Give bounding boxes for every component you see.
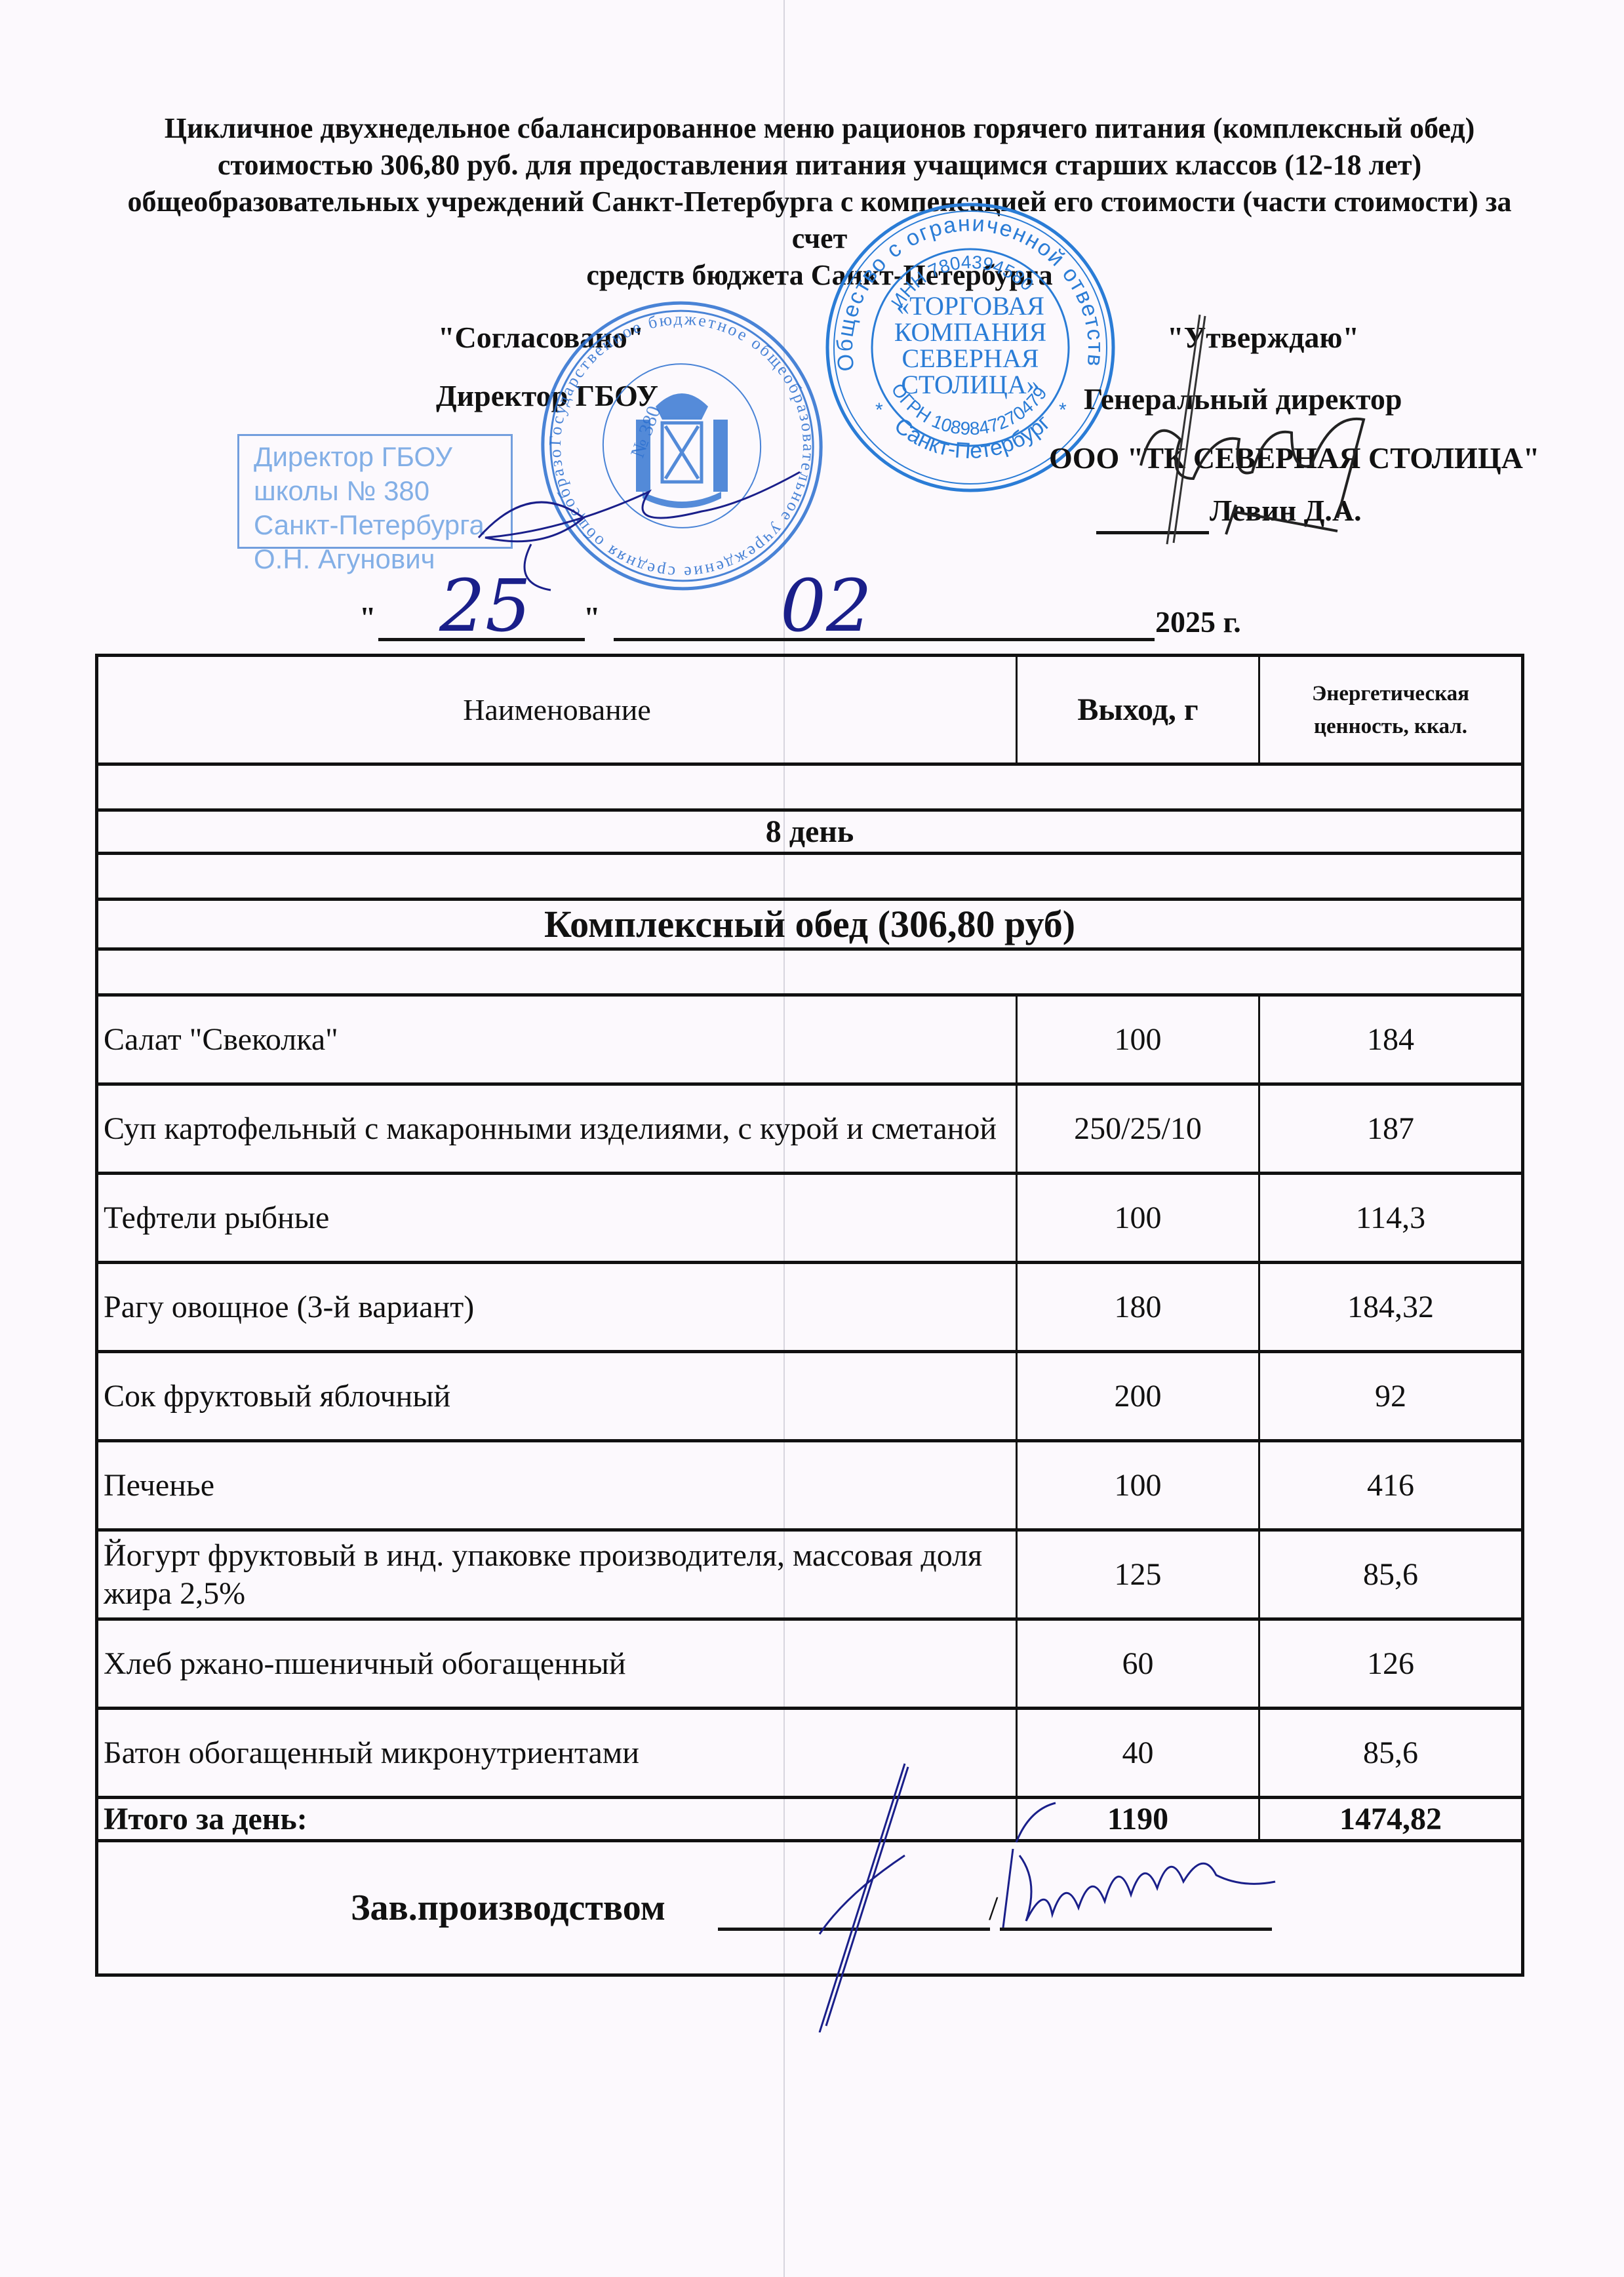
production-manager-signature xyxy=(754,1757,1344,2032)
table-row: Йогурт фруктовый в инд. упаковке произво… xyxy=(98,1532,1521,1621)
item-name: Йогурт фруктовый в инд. упаковке произво… xyxy=(98,1532,1018,1617)
item-energy: 187 xyxy=(1260,1086,1521,1172)
item-yield: 125 xyxy=(1018,1532,1260,1617)
menu-table: Наименование Выход, г Энергетическая цен… xyxy=(95,654,1524,1977)
item-name: Рагу овощное (3-й вариант) xyxy=(98,1264,1018,1350)
meal-row: Комплексный обед (306,80 руб) xyxy=(98,901,1521,951)
production-manager-label: Зав.производством xyxy=(351,1887,665,1929)
item-energy: 416 xyxy=(1260,1442,1521,1528)
table-header-row: Наименование Выход, г Энергетическая цен… xyxy=(98,657,1521,766)
item-yield: 100 xyxy=(1018,1175,1260,1261)
header-name: Наименование xyxy=(98,657,1018,762)
table-row: Хлеб ржано-пшеничный обогащенный60126 xyxy=(98,1621,1521,1710)
date-year: 2025 г. xyxy=(1155,604,1241,639)
item-yield: 200 xyxy=(1018,1353,1260,1439)
date-month-handwritten: 02 xyxy=(780,564,872,648)
title-line-4: средств бюджета Санкт-Петербурга xyxy=(98,257,1541,294)
item-name: Салат "Свеколка" xyxy=(98,997,1018,1082)
item-yield: 250/25/10 xyxy=(1018,1086,1260,1172)
table-row: Тефтели рыбные100114,3 xyxy=(98,1175,1521,1264)
star-icon: * xyxy=(875,399,883,421)
item-yield: 100 xyxy=(1018,997,1260,1082)
item-energy: 184 xyxy=(1260,997,1521,1082)
empty-row xyxy=(98,855,1521,901)
date-quote-open: " xyxy=(359,600,376,635)
company-stamp-line-4: СТОЛИЦА» xyxy=(901,370,1039,399)
director-signature xyxy=(1128,308,1469,551)
empty-row xyxy=(98,766,1521,812)
table-row: Печенье100416 xyxy=(98,1442,1521,1532)
table-row: Рагу овощное (3-й вариант)180184,32 xyxy=(98,1264,1521,1353)
item-yield: 60 xyxy=(1018,1621,1260,1707)
day-row: 8 день xyxy=(98,812,1521,855)
item-energy: 114,3 xyxy=(1260,1175,1521,1261)
star-icon: * xyxy=(1059,399,1067,421)
item-name: Тефтели рыбные xyxy=(98,1175,1018,1261)
header-energy-line-2: ценность, ккал. xyxy=(1314,710,1467,743)
date-month-line xyxy=(614,638,1155,641)
director-rectangular-stamp: Директор ГБОУ школы № 380 Санкт-Петербур… xyxy=(237,434,513,549)
item-name: Суп картофельный с макаронными изделиями… xyxy=(98,1086,1018,1172)
date-quote-close: " xyxy=(584,600,601,635)
document-title: Цикличное двухнедельное сбалансированное… xyxy=(98,110,1541,294)
empty-row xyxy=(98,951,1521,997)
company-stamp-line-3: СЕВЕРНАЯ xyxy=(902,344,1039,373)
table-row: Салат "Свеколка"100184 xyxy=(98,997,1521,1086)
table-row: Суп картофельный с макаронными изделиями… xyxy=(98,1086,1521,1175)
item-energy: 126 xyxy=(1260,1621,1521,1707)
header-energy-line-1: Энергетическая xyxy=(1312,677,1469,710)
meal-label: Комплексный обед (306,80 руб) xyxy=(98,901,1521,947)
day-label: 8 день xyxy=(98,812,1521,852)
item-energy: 92 xyxy=(1260,1353,1521,1439)
title-line-2: стоимостью 306,80 руб. для предоставлени… xyxy=(98,147,1541,184)
company-stamp-line-2: КОМПАНИЯ xyxy=(894,317,1046,347)
signature-row: Зав.производством / xyxy=(98,1842,1521,1973)
table-row: Сок фруктовый яблочный20092 xyxy=(98,1353,1521,1442)
item-yield: 180 xyxy=(1018,1264,1260,1350)
item-name: Сок фруктовый яблочный xyxy=(98,1353,1018,1439)
company-stamp-line-1: «ТОРГОВАЯ xyxy=(896,291,1044,321)
title-line-3: общеобразовательных учреждений Санкт-Пет… xyxy=(98,184,1541,257)
title-line-1: Цикличное двухнедельное сбалансированное… xyxy=(98,110,1541,147)
date-day-handwritten: 25 xyxy=(439,564,531,648)
header-energy: Энергетическая ценность, ккал. xyxy=(1260,657,1521,762)
item-energy: 85,6 xyxy=(1260,1532,1521,1617)
item-yield: 100 xyxy=(1018,1442,1260,1528)
item-name: Хлеб ржано-пшеничный обогащенный xyxy=(98,1621,1018,1707)
item-energy: 184,32 xyxy=(1260,1264,1521,1350)
header-yield: Выход, г xyxy=(1018,657,1260,762)
item-name: Печенье xyxy=(98,1442,1018,1528)
